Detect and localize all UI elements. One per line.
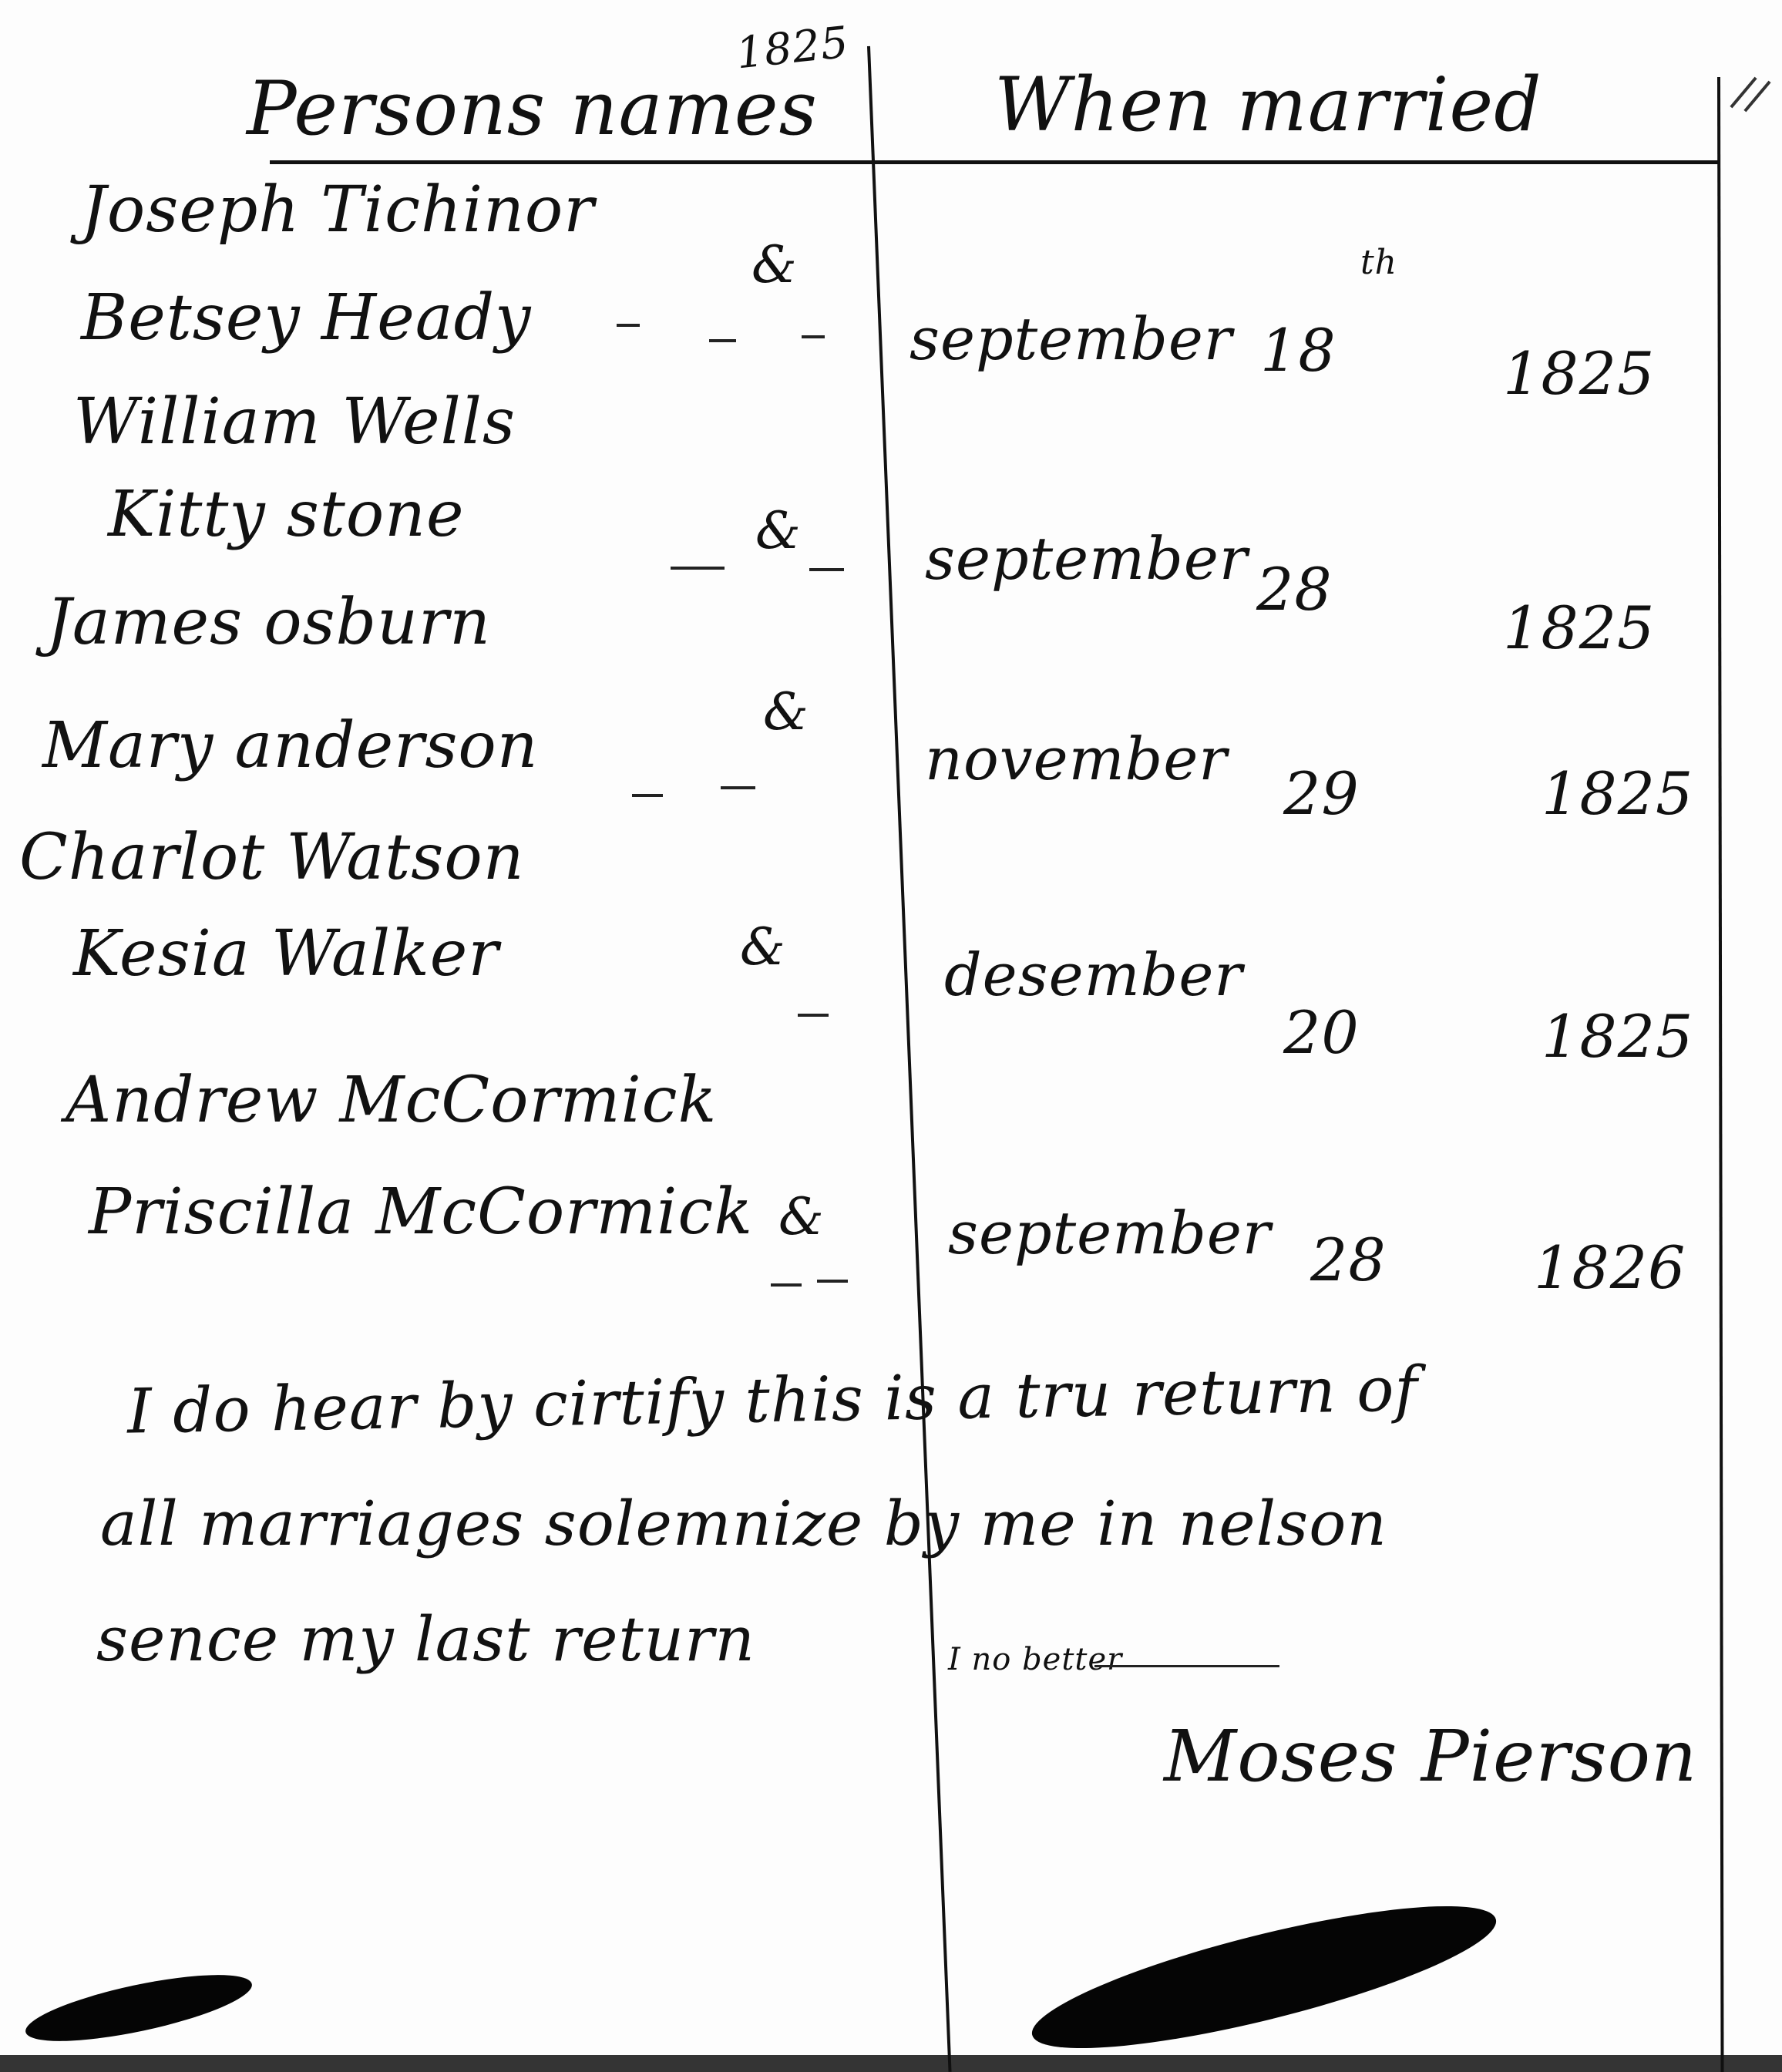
groom-name: Andrew McCormick xyxy=(66,1064,717,1137)
marriage-month: september xyxy=(948,1199,1271,1267)
date-column-header: When married xyxy=(994,62,1542,148)
marriage-day: 18 xyxy=(1260,316,1336,385)
signature: Moses Pierson xyxy=(1164,1715,1697,1798)
dash-filler xyxy=(632,794,663,797)
groom-name: James osburn xyxy=(46,586,491,659)
marriage-day: 20 xyxy=(1283,998,1360,1067)
marriage-year: 1825 xyxy=(1503,594,1655,662)
conjunction: & xyxy=(778,1187,825,1246)
bride-name: Priscilla McCormick xyxy=(89,1176,753,1249)
marriage-day: 29 xyxy=(1283,759,1360,828)
certification-line-2: all marriages solemnize by me in nelson xyxy=(100,1488,1387,1559)
document-page: 1825 Persons names When married Joseph T… xyxy=(0,0,1782,2072)
dash-filler xyxy=(809,568,844,571)
bride-name: Betsey Heady xyxy=(81,281,531,355)
dash-filler xyxy=(798,1014,829,1017)
marriage-year: 1825 xyxy=(1542,759,1693,828)
dash-filler xyxy=(671,567,725,570)
conjunction: & xyxy=(755,501,802,560)
header-rule xyxy=(270,160,1719,164)
groom-name: William Wells xyxy=(73,385,516,459)
conjunction: & xyxy=(740,917,786,977)
marriage-month: november xyxy=(925,725,1228,793)
groom-name: Joseph Tichinor xyxy=(81,173,594,247)
marriage-year: 1825 xyxy=(1542,1002,1693,1071)
certification-line-3: sence my last return xyxy=(96,1603,755,1675)
dash-filler xyxy=(771,1283,802,1287)
dash-filler xyxy=(817,1280,848,1283)
conjunction: & xyxy=(763,682,809,742)
conjunction: & xyxy=(751,235,798,294)
marriage-month: desember xyxy=(944,940,1243,1009)
ink-blot xyxy=(1022,1879,1506,2072)
day-suffix: th xyxy=(1360,243,1397,282)
names-column-header: Persons names xyxy=(247,66,818,152)
bride-name: Mary anderson xyxy=(42,709,539,782)
marriage-month: september xyxy=(925,524,1248,593)
dash-filler xyxy=(709,339,736,342)
ink-blot xyxy=(21,1961,257,2054)
marriage-year: 1825 xyxy=(1503,339,1655,408)
marriage-year: 1826 xyxy=(1534,1233,1686,1302)
dash-filler xyxy=(721,786,755,789)
bride-name: Kesia Walker xyxy=(73,917,499,991)
marriage-month: september xyxy=(909,304,1232,373)
groom-name: Charlot Watson xyxy=(19,821,525,894)
note-underline xyxy=(1094,1665,1279,1667)
marriage-day: 28 xyxy=(1256,555,1333,624)
certification-line-1: I do hear by cirtify this is a tru retur… xyxy=(126,1353,1418,1447)
dash-filler xyxy=(802,335,825,338)
right-border xyxy=(1717,77,1724,2072)
marriage-day: 28 xyxy=(1310,1226,1387,1294)
scan-edge xyxy=(0,2055,1782,2072)
dash-filler xyxy=(617,324,640,327)
certification-note: I no better xyxy=(948,1642,1122,1677)
bride-name: Kitty stone xyxy=(108,478,465,551)
